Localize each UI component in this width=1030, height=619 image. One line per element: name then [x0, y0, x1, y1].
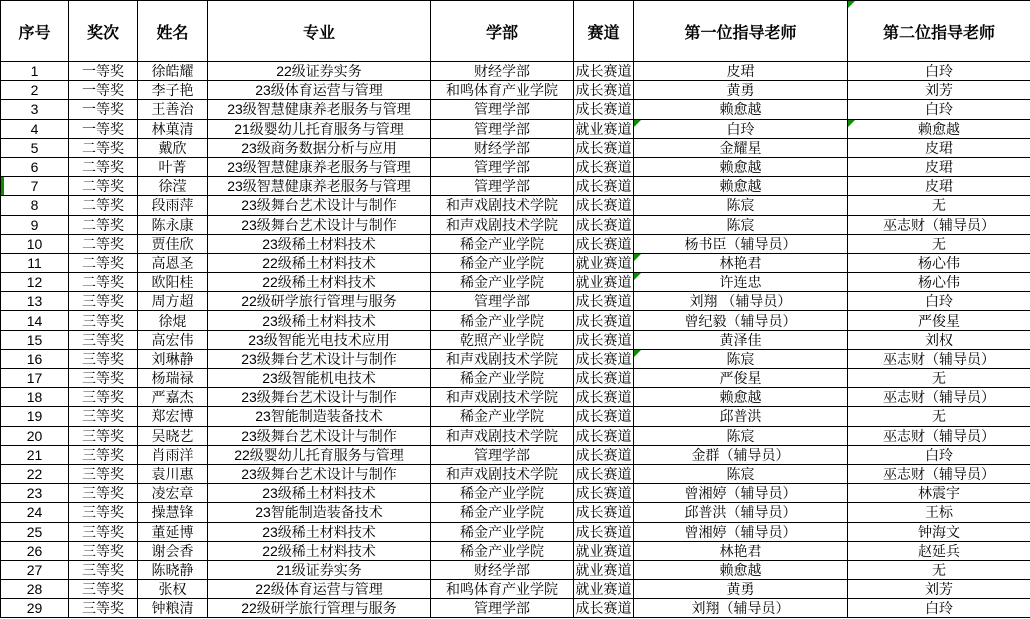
- table-cell[interactable]: 陈永康: [138, 215, 208, 234]
- table-cell[interactable]: 10: [1, 234, 69, 253]
- table-cell[interactable]: 皮珺: [848, 157, 1030, 176]
- table-cell[interactable]: 23级智慧健康养老服务与管理: [208, 157, 431, 176]
- table-cell[interactable]: 12: [1, 273, 69, 292]
- table-row: 11二等奖高恩圣22级稀土材料技术稀金产业学院就业赛道林艳君杨心伟: [1, 253, 1030, 272]
- table-row: 14三等奖徐焜23级稀土材料技术稀金产业学院成长赛道曾纪毅（辅导员）严俊星: [1, 311, 1030, 330]
- table-cell[interactable]: 管理学部: [431, 445, 574, 464]
- table-cell[interactable]: 徐焜: [138, 311, 208, 330]
- table-cell[interactable]: 22: [1, 464, 69, 483]
- table-cell[interactable]: 杨心伟: [848, 273, 1030, 292]
- table-cell[interactable]: 23级舞台艺术设计与制作: [208, 215, 431, 234]
- table-body: 1一等奖徐皓耀22级证券实务财经学部成长赛道皮珺白玲2一等奖李子艳23级体育运营…: [1, 62, 1030, 618]
- table-cell[interactable]: 23级智慧健康养老服务与管理: [208, 177, 431, 196]
- table-cell[interactable]: 白玲: [848, 100, 1030, 119]
- table-row: 18三等奖严嘉杰23级舞台艺术设计与制作和声戏剧技术学院成长赛道赖愈越巫志财（辅…: [1, 388, 1030, 407]
- header-cell[interactable]: 序号: [1, 1, 69, 62]
- table-row: 9二等奖陈永康23级舞台艺术设计与制作和声戏剧技术学院成长赛道陈宸巫志财（辅导员…: [1, 215, 1030, 234]
- table-row: 8二等奖段雨萍23级舞台艺术设计与制作和声戏剧技术学院成长赛道陈宸无: [1, 196, 1030, 215]
- table-cell[interactable]: 23级舞台艺术设计与制作: [208, 388, 431, 407]
- table-cell[interactable]: 戴欣: [138, 138, 208, 157]
- table-cell[interactable]: 22级研学旅行管理与服务: [208, 292, 431, 311]
- table-cell[interactable]: 4: [1, 119, 69, 138]
- table-cell[interactable]: 11: [1, 253, 69, 272]
- table-cell[interactable]: 凌宏章: [138, 484, 208, 503]
- table-row: 29三等奖钟粮清22级研学旅行管理与服务管理学部成长赛道刘翔（辅导员）白玲: [1, 599, 1030, 618]
- table-row: 21三等奖肖雨洋22级婴幼儿托育服务与管理管理学部成长赛道金群（辅导员）白玲: [1, 445, 1030, 464]
- table-cell[interactable]: 王善治: [138, 100, 208, 119]
- table-cell[interactable]: 陈宸: [634, 196, 848, 215]
- table-cell[interactable]: 操慧锋: [138, 503, 208, 522]
- table-cell[interactable]: 和鸣体育产业学院: [431, 81, 574, 100]
- table-cell[interactable]: 就业赛道: [574, 580, 634, 599]
- table-cell[interactable]: 严嘉杰: [138, 388, 208, 407]
- table-cell[interactable]: 刘芳: [848, 580, 1030, 599]
- table-cell[interactable]: 黄勇: [634, 81, 848, 100]
- table-cell[interactable]: 成长赛道: [574, 292, 634, 311]
- table-cell[interactable]: 严俊星: [634, 369, 848, 388]
- table-cell[interactable]: 23级稀土材料技术: [208, 484, 431, 503]
- table-cell[interactable]: 成长赛道: [574, 426, 634, 445]
- table-row: 17三等奖杨瑞禄23级智能机电技术稀金产业学院成长赛道严俊星无: [1, 369, 1030, 388]
- table-cell[interactable]: 林艳君: [634, 253, 848, 272]
- table-cell[interactable]: 3: [1, 100, 69, 119]
- table-header: 序号奖次姓名专业学部赛道第一位指导老师第二位指导老师: [1, 1, 1030, 62]
- table-cell[interactable]: 无: [848, 196, 1030, 215]
- table-cell[interactable]: 就业赛道: [574, 253, 634, 272]
- table-cell[interactable]: 稀金产业学院: [431, 541, 574, 560]
- table-cell[interactable]: 三等奖: [69, 599, 138, 618]
- table-cell[interactable]: 欧阳桂: [138, 273, 208, 292]
- table-row: 16三等奖刘琳静23级舞台艺术设计与制作和声戏剧技术学院成长赛道陈宸巫志财（辅导…: [1, 349, 1030, 368]
- header-cell[interactable]: 第二位指导老师: [848, 1, 1030, 62]
- table-cell[interactable]: 杨瑞禄: [138, 369, 208, 388]
- table-cell[interactable]: 陈宸: [634, 215, 848, 234]
- table-cell[interactable]: 23级舞台艺术设计与制作: [208, 349, 431, 368]
- error-flag-icon: [634, 120, 641, 127]
- table-cell[interactable]: 陈晓静: [138, 560, 208, 579]
- table-cell[interactable]: 成长赛道: [574, 177, 634, 196]
- table-cell[interactable]: 稀金产业学院: [431, 407, 574, 426]
- table-cell[interactable]: 8: [1, 196, 69, 215]
- table-cell[interactable]: 巫志财（辅导员）: [848, 349, 1030, 368]
- table-cell[interactable]: 曾纪毅（辅导员）: [634, 311, 848, 330]
- table-cell[interactable]: 管理学部: [431, 157, 574, 176]
- table-cell[interactable]: 26: [1, 541, 69, 560]
- table-cell[interactable]: 白玲: [848, 62, 1030, 81]
- table-cell[interactable]: 23级智慧健康养老服务与管理: [208, 100, 431, 119]
- table-cell[interactable]: 钟海文: [848, 522, 1030, 541]
- table-cell[interactable]: 赖愈越: [848, 119, 1030, 138]
- table-cell[interactable]: 成长赛道: [574, 388, 634, 407]
- table-cell[interactable]: 17: [1, 369, 69, 388]
- table-cell[interactable]: 就业赛道: [574, 541, 634, 560]
- table-cell[interactable]: 25: [1, 522, 69, 541]
- table-cell[interactable]: 皮珺: [634, 62, 848, 81]
- table-cell[interactable]: 财经学部: [431, 62, 574, 81]
- table-cell[interactable]: 陈宸: [634, 426, 848, 445]
- header-cell[interactable]: 学部: [431, 1, 574, 62]
- table-cell[interactable]: 成长赛道: [574, 407, 634, 426]
- table-cell[interactable]: 赖愈越: [634, 157, 848, 176]
- table-cell[interactable]: 成长赛道: [574, 62, 634, 81]
- table-cell[interactable]: 张权: [138, 580, 208, 599]
- table-cell[interactable]: 二等奖: [69, 234, 138, 253]
- table-cell[interactable]: 成长赛道: [574, 599, 634, 618]
- table-row: 25三等奖董延博23级稀土材料技术稀金产业学院成长赛道曾湘婷（辅导员）钟海文: [1, 522, 1030, 541]
- table-row: 28三等奖张权22级体育运营与管理和鸣体育产业学院就业赛道黄勇刘芳: [1, 580, 1030, 599]
- table-cell[interactable]: 黄勇: [634, 580, 848, 599]
- table-cell[interactable]: 三等奖: [69, 464, 138, 483]
- table-cell[interactable]: 赖愈越: [634, 388, 848, 407]
- table-cell[interactable]: 22级证券实务: [208, 62, 431, 81]
- table-cell[interactable]: 陈宸: [634, 349, 848, 368]
- header-cell[interactable]: 赛道: [574, 1, 634, 62]
- table-cell[interactable]: 14: [1, 311, 69, 330]
- table-cell[interactable]: 23: [1, 484, 69, 503]
- table-cell[interactable]: 无: [848, 234, 1030, 253]
- table-cell[interactable]: 财经学部: [431, 560, 574, 579]
- table-cell[interactable]: 成长赛道: [574, 503, 634, 522]
- table-row: 5二等奖戴欣23级商务数据分析与应用财经学部成长赛道金耀星皮珺: [1, 138, 1030, 157]
- header-cell[interactable]: 第一位指导老师: [634, 1, 848, 62]
- table-row: 6二等奖叶菁23级智慧健康养老服务与管理管理学部成长赛道赖愈越皮珺: [1, 157, 1030, 176]
- table-row: 23三等奖凌宏章23级稀土材料技术稀金产业学院成长赛道曾湘婷（辅导员）林震宇: [1, 484, 1030, 503]
- table-row: 24三等奖操慧锋23智能制造装备技术稀金产业学院成长赛道邱普洪（辅导员）王标: [1, 503, 1030, 522]
- table-cell[interactable]: 稀金产业学院: [431, 253, 574, 272]
- table-cell[interactable]: 董延博: [138, 522, 208, 541]
- table-cell[interactable]: 乾照产业学院: [431, 330, 574, 349]
- table-cell[interactable]: 23级稀土材料技术: [208, 522, 431, 541]
- table-cell[interactable]: 林震宇: [848, 484, 1030, 503]
- table-cell[interactable]: 23级商务数据分析与应用: [208, 138, 431, 157]
- table-cell[interactable]: 21: [1, 445, 69, 464]
- table-cell[interactable]: 和声戏剧技术学院: [431, 426, 574, 445]
- table-cell[interactable]: 24: [1, 503, 69, 522]
- table-cell[interactable]: 23级舞台艺术设计与制作: [208, 464, 431, 483]
- table-cell[interactable]: 管理学部: [431, 100, 574, 119]
- table-cell[interactable]: 曾湘婷（辅导员）: [634, 484, 848, 503]
- table-cell[interactable]: 成长赛道: [574, 484, 634, 503]
- table-cell[interactable]: 21级婴幼儿托育服务与管理: [208, 119, 431, 138]
- table-cell[interactable]: 和声戏剧技术学院: [431, 388, 574, 407]
- table-cell[interactable]: 三等奖: [69, 560, 138, 579]
- table-cell[interactable]: 赵延兵: [848, 541, 1030, 560]
- table-cell[interactable]: 巫志财（辅导员）: [848, 464, 1030, 483]
- table-cell[interactable]: 13: [1, 292, 69, 311]
- table-cell[interactable]: 严俊星: [848, 311, 1030, 330]
- table-row: 22三等奖袁川惠23级舞台艺术设计与制作和声戏剧技术学院成长赛道陈宸巫志财（辅导…: [1, 464, 1030, 483]
- table-cell[interactable]: 肖雨洋: [138, 445, 208, 464]
- table-cell[interactable]: 三等奖: [69, 349, 138, 368]
- table-cell[interactable]: 18: [1, 388, 69, 407]
- table-cell[interactable]: 谢会香: [138, 541, 208, 560]
- table-cell[interactable]: 陈宸: [634, 464, 848, 483]
- table-cell[interactable]: 2: [1, 81, 69, 100]
- table-cell[interactable]: 徐滢: [138, 177, 208, 196]
- table-cell[interactable]: 和声戏剧技术学院: [431, 464, 574, 483]
- table-cell[interactable]: 成长赛道: [574, 464, 634, 483]
- table-row: 7二等奖徐滢23级智慧健康养老服务与管理管理学部成长赛道赖愈越皮珺: [1, 177, 1030, 196]
- awards-table: 序号奖次姓名专业学部赛道第一位指导老师第二位指导老师 1一等奖徐皓耀22级证券实…: [0, 0, 1030, 618]
- table-cell[interactable]: 二等奖: [69, 196, 138, 215]
- table-row: 20三等奖吴晓艺23级舞台艺术设计与制作和声戏剧技术学院成长赛道陈宸巫志财（辅导…: [1, 426, 1030, 445]
- table-cell[interactable]: 23级舞台艺术设计与制作: [208, 196, 431, 215]
- table-cell[interactable]: 5: [1, 138, 69, 157]
- table-cell[interactable]: 成长赛道: [574, 215, 634, 234]
- table-cell[interactable]: 二等奖: [69, 273, 138, 292]
- table-row: 2一等奖李子艳23级体育运营与管理和鸣体育产业学院成长赛道黄勇刘芳: [1, 81, 1030, 100]
- table-cell[interactable]: 三等奖: [69, 407, 138, 426]
- table-cell[interactable]: 钟粮清: [138, 599, 208, 618]
- table-cell[interactable]: 稀金产业学院: [431, 503, 574, 522]
- table-cell[interactable]: 成长赛道: [574, 311, 634, 330]
- table-cell[interactable]: 15: [1, 330, 69, 349]
- table-cell[interactable]: 李子艳: [138, 81, 208, 100]
- table-cell[interactable]: 成长赛道: [574, 445, 634, 464]
- error-flag-icon: [848, 1, 855, 8]
- table-cell[interactable]: 一等奖: [69, 81, 138, 100]
- table-cell[interactable]: 成长赛道: [574, 330, 634, 349]
- table-cell[interactable]: 成长赛道: [574, 196, 634, 215]
- table-cell[interactable]: 三等奖: [69, 292, 138, 311]
- table-cell[interactable]: 稀金产业学院: [431, 273, 574, 292]
- table-cell[interactable]: 白玲: [848, 445, 1030, 464]
- table-cell[interactable]: 袁川惠: [138, 464, 208, 483]
- table-cell[interactable]: 赖愈越: [634, 177, 848, 196]
- table-row: 13三等奖周方超22级研学旅行管理与服务管理学部成长赛道刘翔 （辅导员）白玲: [1, 292, 1030, 311]
- table-cell[interactable]: 赖愈越: [634, 560, 848, 579]
- header-cell[interactable]: 姓名: [138, 1, 208, 62]
- table-cell[interactable]: 巫志财（辅导员）: [848, 215, 1030, 234]
- table-cell[interactable]: 19: [1, 407, 69, 426]
- table-cell[interactable]: 22级婴幼儿托育服务与管理: [208, 445, 431, 464]
- table-cell[interactable]: 黄泽佳: [634, 330, 848, 349]
- table-cell[interactable]: 和声戏剧技术学院: [431, 215, 574, 234]
- table-cell[interactable]: 白玲: [634, 119, 848, 138]
- table-cell[interactable]: 段雨萍: [138, 196, 208, 215]
- table-cell[interactable]: 稀金产业学院: [431, 234, 574, 253]
- table-cell[interactable]: 二等奖: [69, 138, 138, 157]
- table-cell[interactable]: 23级舞台艺术设计与制作: [208, 426, 431, 445]
- table-cell[interactable]: 三等奖: [69, 580, 138, 599]
- table-cell[interactable]: 财经学部: [431, 138, 574, 157]
- table-cell[interactable]: 二等奖: [69, 215, 138, 234]
- table-cell[interactable]: 无: [848, 560, 1030, 579]
- table-cell[interactable]: 许连忠: [634, 273, 848, 292]
- table-cell[interactable]: 成长赛道: [574, 234, 634, 253]
- table-cell[interactable]: 周方超: [138, 292, 208, 311]
- table-cell[interactable]: 成长赛道: [574, 81, 634, 100]
- error-flag-icon: [634, 273, 641, 280]
- table-cell[interactable]: 三等奖: [69, 311, 138, 330]
- error-flag-icon: [848, 120, 855, 127]
- table-cell[interactable]: 无: [848, 369, 1030, 388]
- table-cell[interactable]: 徐皓耀: [138, 62, 208, 81]
- table-cell[interactable]: 三等奖: [69, 522, 138, 541]
- table-cell[interactable]: 管理学部: [431, 119, 574, 138]
- table-cell[interactable]: 成长赛道: [574, 522, 634, 541]
- table-cell[interactable]: 23级智能机电技术: [208, 369, 431, 388]
- table-row: 27三等奖陈晓静21级证券实务财经学部就业赛道赖愈越无: [1, 560, 1030, 579]
- table-cell[interactable]: 高宏伟: [138, 330, 208, 349]
- table-cell[interactable]: 叶菁: [138, 157, 208, 176]
- table-cell[interactable]: 23级体育运营与管理: [208, 81, 431, 100]
- table-cell[interactable]: 邱普洪: [634, 407, 848, 426]
- table-cell[interactable]: 三等奖: [69, 445, 138, 464]
- table-cell[interactable]: 23级稀土材料技术: [208, 311, 431, 330]
- table-cell[interactable]: 刘翔（辅导员）: [634, 599, 848, 618]
- table-cell[interactable]: 22级研学旅行管理与服务: [208, 599, 431, 618]
- table-cell[interactable]: 三等奖: [69, 388, 138, 407]
- table-row: 10二等奖贾佳欣23级稀土材料技术稀金产业学院成长赛道杨书臣（辅导员）无: [1, 234, 1030, 253]
- table-cell[interactable]: 吴晓艺: [138, 426, 208, 445]
- table-cell[interactable]: 三等奖: [69, 484, 138, 503]
- table-cell[interactable]: 一等奖: [69, 119, 138, 138]
- error-flag-icon: [634, 254, 641, 261]
- table-cell[interactable]: 贾佳欣: [138, 234, 208, 253]
- table-cell[interactable]: 一等奖: [69, 62, 138, 81]
- table-cell[interactable]: 28: [1, 580, 69, 599]
- header-cell[interactable]: 专业: [208, 1, 431, 62]
- table-cell[interactable]: 刘琳静: [138, 349, 208, 368]
- table-cell[interactable]: 杨心伟: [848, 253, 1030, 272]
- table-cell[interactable]: 邱普洪（辅导员）: [634, 503, 848, 522]
- table-cell[interactable]: 管理学部: [431, 599, 574, 618]
- table-cell[interactable]: 成长赛道: [574, 369, 634, 388]
- table-cell[interactable]: 21级证券实务: [208, 560, 431, 579]
- table-cell[interactable]: 赖愈越: [634, 100, 848, 119]
- table-cell[interactable]: 和声戏剧技术学院: [431, 196, 574, 215]
- table-cell[interactable]: 7: [1, 177, 69, 196]
- table-cell[interactable]: 20: [1, 426, 69, 445]
- table-cell[interactable]: 管理学部: [431, 292, 574, 311]
- table-cell[interactable]: 就业赛道: [574, 560, 634, 579]
- table-cell[interactable]: 刘芳: [848, 81, 1030, 100]
- table-cell[interactable]: 二等奖: [69, 177, 138, 196]
- table-cell[interactable]: 高恩圣: [138, 253, 208, 272]
- table-cell[interactable]: 二等奖: [69, 157, 138, 176]
- table-cell[interactable]: 林菓清: [138, 119, 208, 138]
- header-row: 序号奖次姓名专业学部赛道第一位指导老师第二位指导老师: [1, 1, 1030, 62]
- table-cell[interactable]: 三等奖: [69, 369, 138, 388]
- table-cell[interactable]: 郑宏博: [138, 407, 208, 426]
- table-cell[interactable]: 22级稀土材料技术: [208, 541, 431, 560]
- table-cell[interactable]: 23智能制造装备技术: [208, 503, 431, 522]
- table-cell[interactable]: 1: [1, 62, 69, 81]
- table-cell[interactable]: 就业赛道: [574, 119, 634, 138]
- table-cell[interactable]: 无: [848, 407, 1030, 426]
- table-cell[interactable]: 管理学部: [431, 177, 574, 196]
- table-cell[interactable]: 金群（辅导员）: [634, 445, 848, 464]
- table-cell[interactable]: 29: [1, 599, 69, 618]
- table-cell[interactable]: 成长赛道: [574, 349, 634, 368]
- table-row: 1一等奖徐皓耀22级证券实务财经学部成长赛道皮珺白玲: [1, 62, 1030, 81]
- table-cell[interactable]: 皮珺: [848, 177, 1030, 196]
- table-row: 15三等奖高宏伟23级智能光电技术应用乾照产业学院成长赛道黄泽佳刘权: [1, 330, 1030, 349]
- table-cell[interactable]: 就业赛道: [574, 273, 634, 292]
- table-cell[interactable]: 6: [1, 157, 69, 176]
- header-cell[interactable]: 奖次: [69, 1, 138, 62]
- table-cell[interactable]: 金耀星: [634, 138, 848, 157]
- table-cell[interactable]: 巫志财（辅导员）: [848, 388, 1030, 407]
- table-cell[interactable]: 和声戏剧技术学院: [431, 349, 574, 368]
- table-cell[interactable]: 稀金产业学院: [431, 484, 574, 503]
- table-cell[interactable]: 曾湘婷（辅导员）: [634, 522, 848, 541]
- table-cell[interactable]: 三等奖: [69, 330, 138, 349]
- table-cell[interactable]: 二等奖: [69, 253, 138, 272]
- table-cell[interactable]: 王标: [848, 503, 1030, 522]
- table-row: 26三等奖谢会香22级稀土材料技术稀金产业学院就业赛道林艳君赵延兵: [1, 541, 1030, 560]
- table-cell[interactable]: 27: [1, 560, 69, 579]
- table-row: 19三等奖郑宏博23智能制造装备技术稀金产业学院成长赛道邱普洪无: [1, 407, 1030, 426]
- table-cell[interactable]: 三等奖: [69, 503, 138, 522]
- table-cell[interactable]: 杨书臣（辅导员）: [634, 234, 848, 253]
- table-cell[interactable]: 9: [1, 215, 69, 234]
- table-cell[interactable]: 三等奖: [69, 541, 138, 560]
- table-cell[interactable]: 巫志财（辅导员）: [848, 426, 1030, 445]
- error-flag-icon: [634, 350, 641, 357]
- table-cell[interactable]: 林艳君: [634, 541, 848, 560]
- table-cell[interactable]: 23级智能光电技术应用: [208, 330, 431, 349]
- table-cell[interactable]: 23级稀土材料技术: [208, 234, 431, 253]
- table-cell[interactable]: 白玲: [848, 599, 1030, 618]
- table-cell[interactable]: 22级稀土材料技术: [208, 273, 431, 292]
- table-cell[interactable]: 三等奖: [69, 426, 138, 445]
- table-cell[interactable]: 一等奖: [69, 100, 138, 119]
- table-cell[interactable]: 成长赛道: [574, 157, 634, 176]
- table-row: 12二等奖欧阳桂22级稀土材料技术稀金产业学院就业赛道许连忠杨心伟: [1, 273, 1030, 292]
- table-cell[interactable]: 刘权: [848, 330, 1030, 349]
- table-cell[interactable]: 23智能制造装备技术: [208, 407, 431, 426]
- table-cell[interactable]: 22级稀土材料技术: [208, 253, 431, 272]
- table-cell[interactable]: 稀金产业学院: [431, 369, 574, 388]
- table-cell[interactable]: 皮珺: [848, 138, 1030, 157]
- table-cell[interactable]: 成长赛道: [574, 138, 634, 157]
- table-row: 4一等奖林菓清21级婴幼儿托育服务与管理管理学部就业赛道白玲赖愈越: [1, 119, 1030, 138]
- table-cell[interactable]: 刘翔 （辅导员）: [634, 292, 848, 311]
- table-cell[interactable]: 22级体育运营与管理: [208, 580, 431, 599]
- table-cell[interactable]: 16: [1, 349, 69, 368]
- table-row: 3一等奖王善治23级智慧健康养老服务与管理管理学部成长赛道赖愈越白玲: [1, 100, 1030, 119]
- table-cell[interactable]: 稀金产业学院: [431, 522, 574, 541]
- table-cell[interactable]: 成长赛道: [574, 100, 634, 119]
- table-cell[interactable]: 稀金产业学院: [431, 311, 574, 330]
- table-cell[interactable]: 白玲: [848, 292, 1030, 311]
- table-cell[interactable]: 和鸣体育产业学院: [431, 580, 574, 599]
